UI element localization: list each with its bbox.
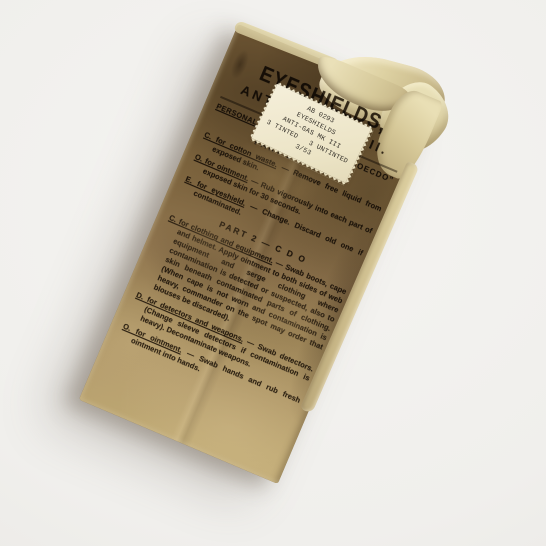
anti-gas-eyeshields-packet: EYESHIELDS, ANTI-GAS, MK. II. PERSONAL D… bbox=[79, 24, 437, 484]
printed-instructions: EYESHIELDS, ANTI-GAS, MK. II. PERSONAL D… bbox=[79, 24, 437, 484]
photo-backdrop: EYESHIELDS, ANTI-GAS, MK. II. PERSONAL D… bbox=[0, 0, 546, 546]
